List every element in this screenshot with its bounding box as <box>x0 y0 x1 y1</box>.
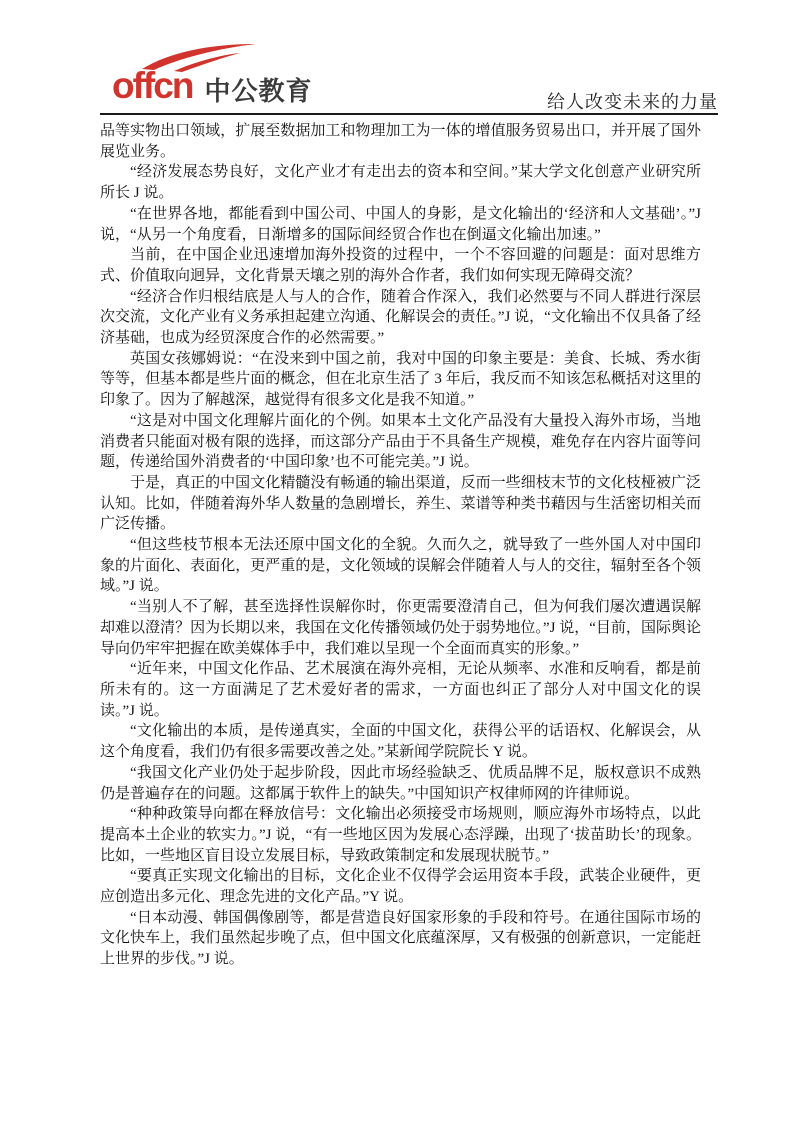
paragraph: “经济发展态势良好，文化产业才有走出去的资本和空间。”某大学文化创意产业研究所所… <box>100 162 701 203</box>
header-divider <box>100 113 718 115</box>
paragraph: “这是对中国文化理解片面化的个例。如果本土文化产品没有大量投入海外市场，当地消费… <box>100 411 701 473</box>
paragraph: “日本动漫、韩国偶像剧等，都是营造良好国家形象的手段和符号。在通往国际市场的文化… <box>100 908 701 970</box>
paragraph: “在世界各地，都能看到中国公司、中国人的身影，是文化输出的‘经济和人文基础’。”… <box>100 204 701 245</box>
paragraph: “但这些枝节根本无法还原中国文化的全貌。久而久之，就导致了一些外国人对中国印象的… <box>100 535 701 597</box>
paragraph: “近年来，中国文化作品、艺术展演在海外亮相，无论从频率、水准和反响看，都是前所未… <box>100 659 701 721</box>
document-page: offcn 中公教育 给人改变未来的力量 品等实物出口领域，扩展至数据加工和物理… <box>0 0 793 1122</box>
logo-cn-text: 中公教育 <box>204 78 312 104</box>
logo-swoosh-icon <box>140 42 258 72</box>
header-slogan: 给人改变未来的力量 <box>547 88 718 114</box>
offcn-logo: offcn 中公教育 <box>112 58 312 104</box>
paragraph: 当前，在中国企业迅速增加海外投资的过程中，一个不容回避的问题是：面对思维方式、价… <box>100 245 701 286</box>
paragraph: “文化输出的本质，是传递真实，全面的中国文化，获得公平的话语权、化解误会，从这个… <box>100 721 701 762</box>
paragraph: “我国文化产业仍处于起步阶段，因此市场经验缺乏、优质品牌不足，版权意识不成熟仍是… <box>100 763 701 804</box>
paragraph: “经济合作归根结底是人与人的合作，随着合作深入，我们必然要与不同人群进行深层次交… <box>100 287 701 349</box>
paragraph: 英国女孩娜姆说：“在没来到中国之前，我对中国的印象主要是：美食、长城、秀水街等等… <box>100 349 701 411</box>
logo-wordmark: offcn <box>112 67 192 104</box>
paragraph: “种种政策导向都在释放信号：文化输出必须接受市场规则，顺应海外市场特点，以此提高… <box>100 804 701 866</box>
document-body: 品等实物出口领域，扩展至数据加工和物理加工为一体的增值服务贸易出口，并开展了国外… <box>100 121 701 970</box>
paragraph: 于是，真正的中国文化精髓没有畅通的输出渠道，反而一些细枝末节的文化枝桠被广泛认知… <box>100 473 701 535</box>
paragraph: “要真正实现文化输出的目标，文化企业不仅得学会运用资本手段，武装企业硬件，更应创… <box>100 866 701 907</box>
paragraph: 品等实物出口领域，扩展至数据加工和物理加工为一体的增值服务贸易出口，并开展了国外… <box>100 121 701 162</box>
paragraph: “当别人不了解，甚至选择性误解你时，你更需要澄清自己，但为何我们屡次遭遇误解却难… <box>100 597 701 659</box>
